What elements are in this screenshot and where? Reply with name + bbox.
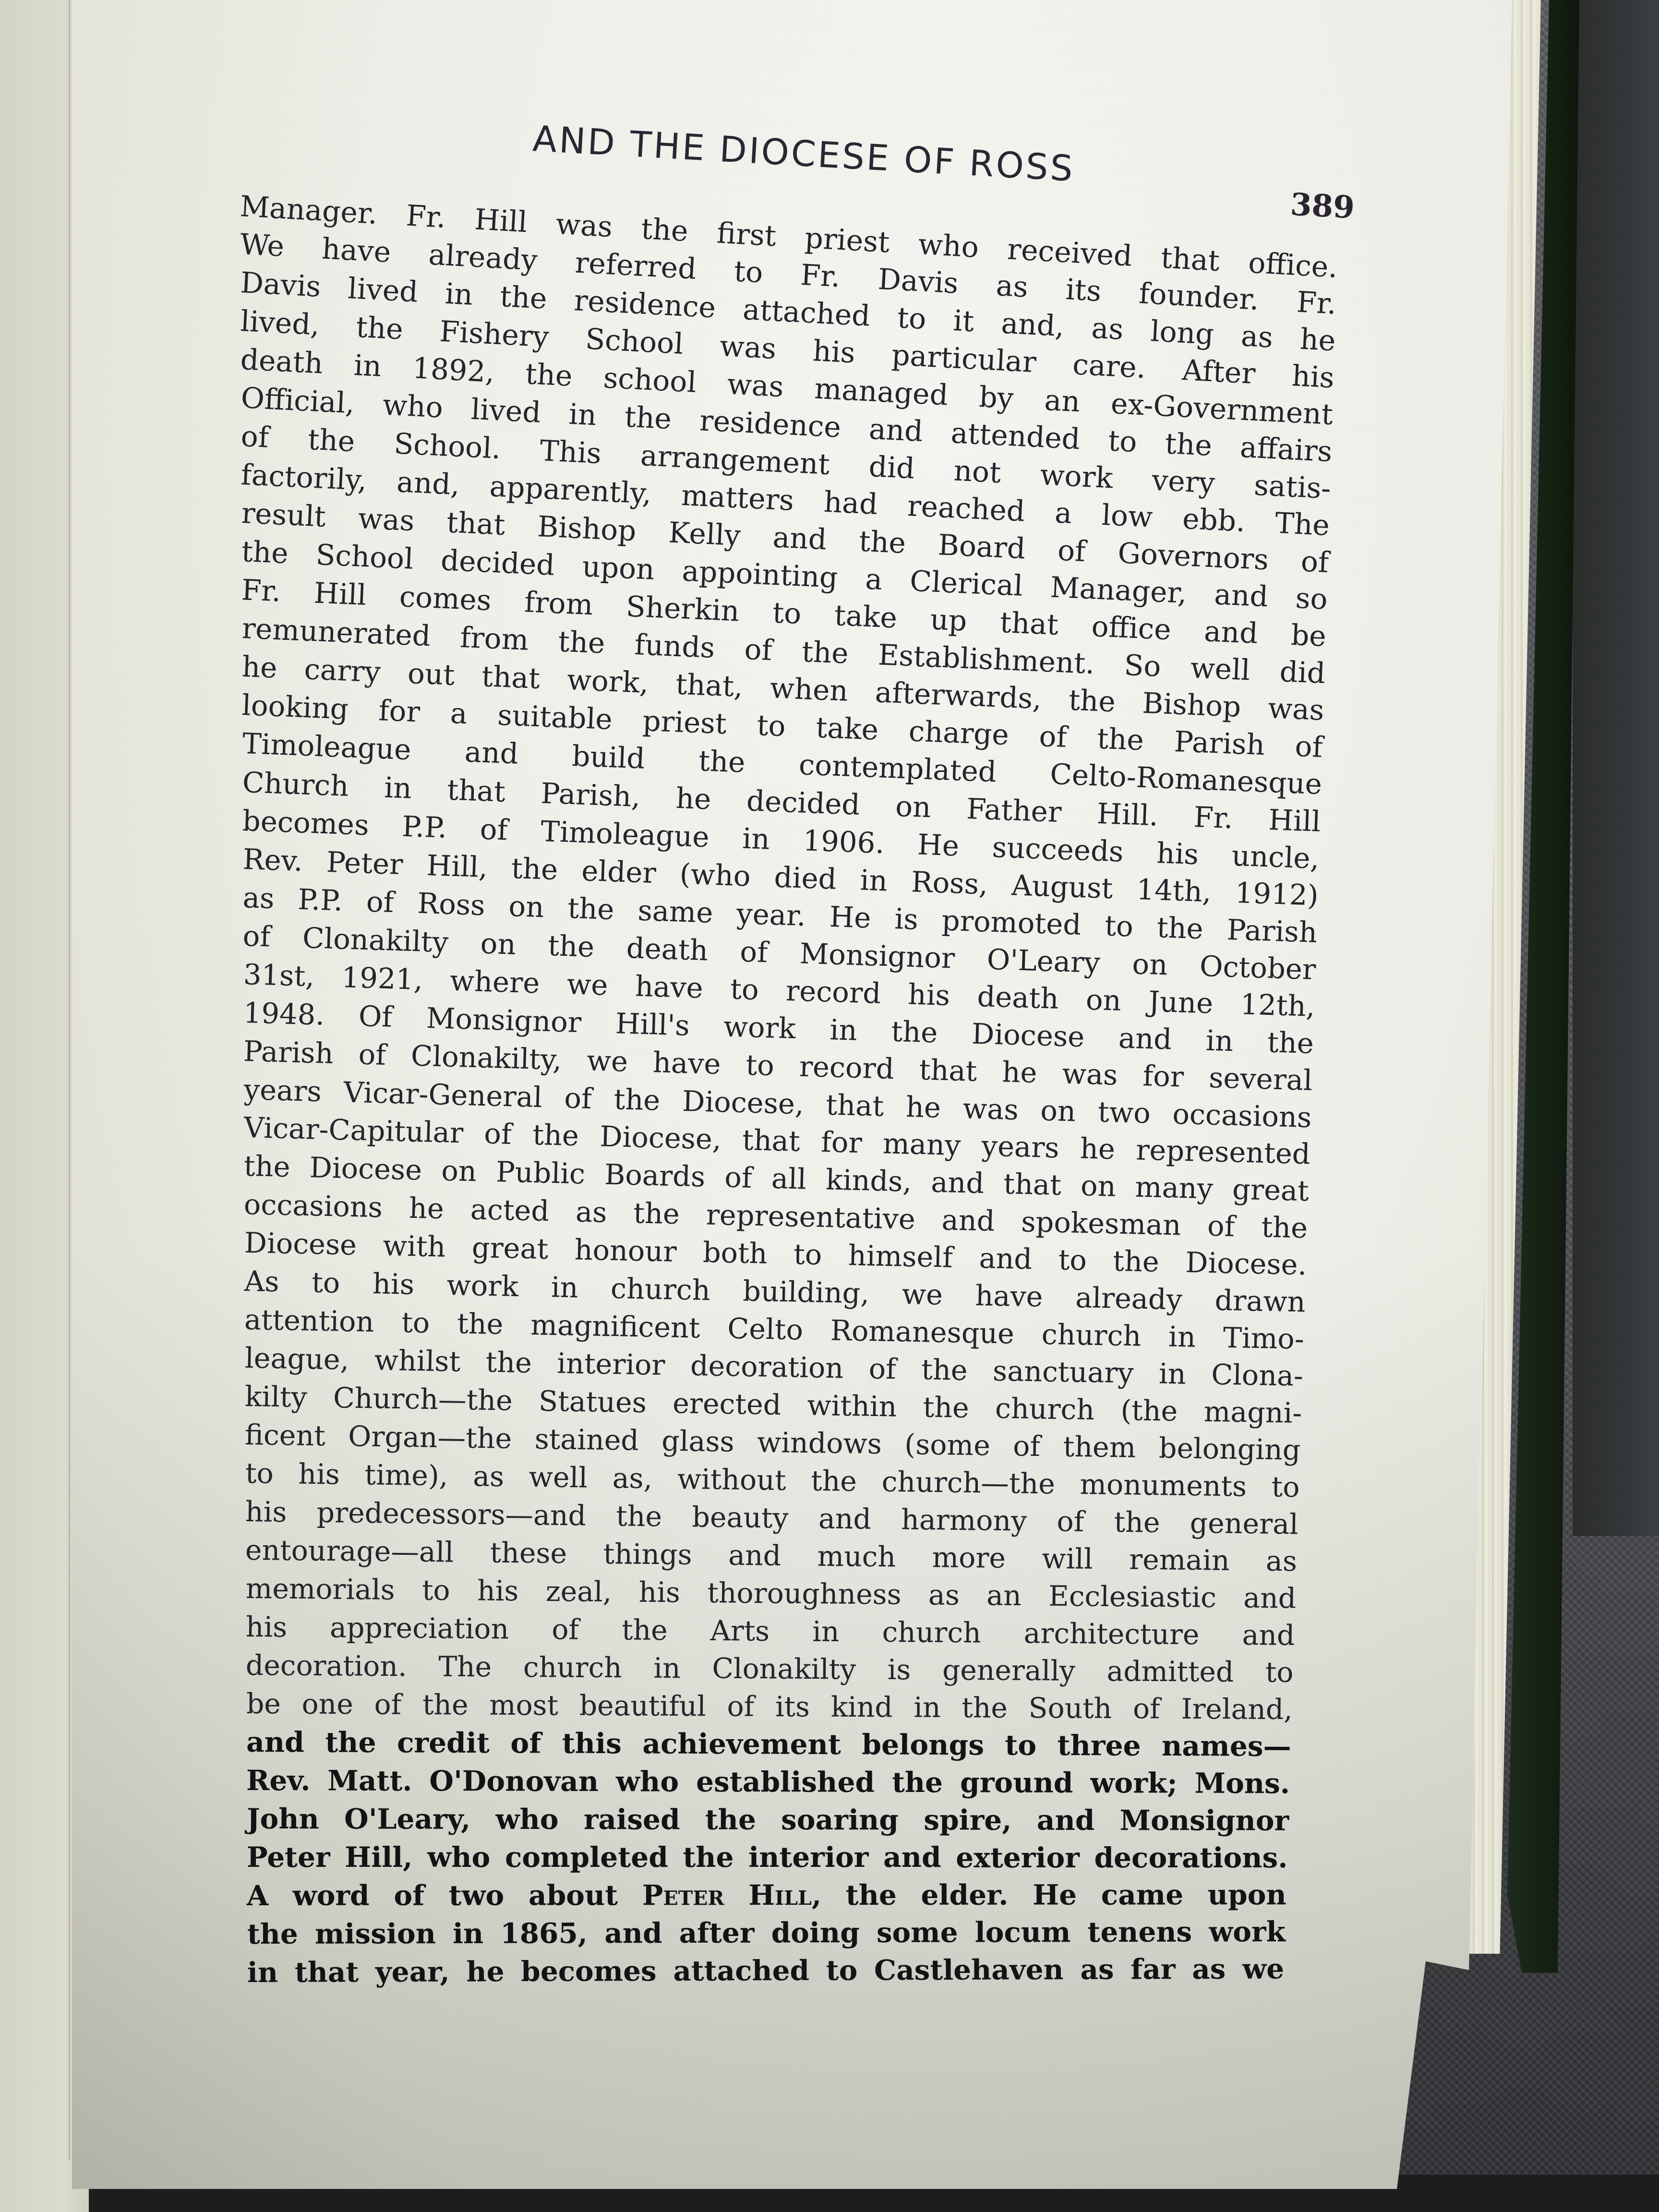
text-line: his predecessors—and the beauty and harm… (245, 1498, 1298, 1539)
text-line: Peter Hill, who completed the interior a… (247, 1843, 1287, 1872)
name-smallcaps: Peter Hill (642, 1878, 812, 1911)
text-line: to his time), as well as, without the ch… (245, 1459, 1299, 1502)
body-text: Manager. Fr. Hill was the first priest w… (0, 0, 1659, 2212)
text-line: entourage—all these things and much more… (245, 1536, 1298, 1575)
text-line: and the credit of this achievement belon… (246, 1728, 1291, 1760)
text-line: memorials to his zeal, his thoroughness … (245, 1575, 1296, 1612)
text-line: John O'Leary, who raised the soaring spi… (247, 1805, 1289, 1835)
text-line: decoration. The church in Clonakilty is … (246, 1651, 1294, 1686)
text-line: ficent Organ—the stained glass windows (… (245, 1421, 1301, 1464)
text-line: his appreciation of the Arts in church a… (246, 1613, 1295, 1649)
text-line: A word of two about Peter Hill, the elde… (247, 1881, 1286, 1910)
text-line: the mission in 1865, and after doing som… (247, 1918, 1286, 1948)
text-line: be one of the most beautiful of its kind… (246, 1690, 1293, 1723)
text-line: Rev. Matt. O'Donovan who established the… (246, 1767, 1290, 1798)
text-line: in that year, he becomes attached to Cas… (247, 1955, 1284, 1986)
